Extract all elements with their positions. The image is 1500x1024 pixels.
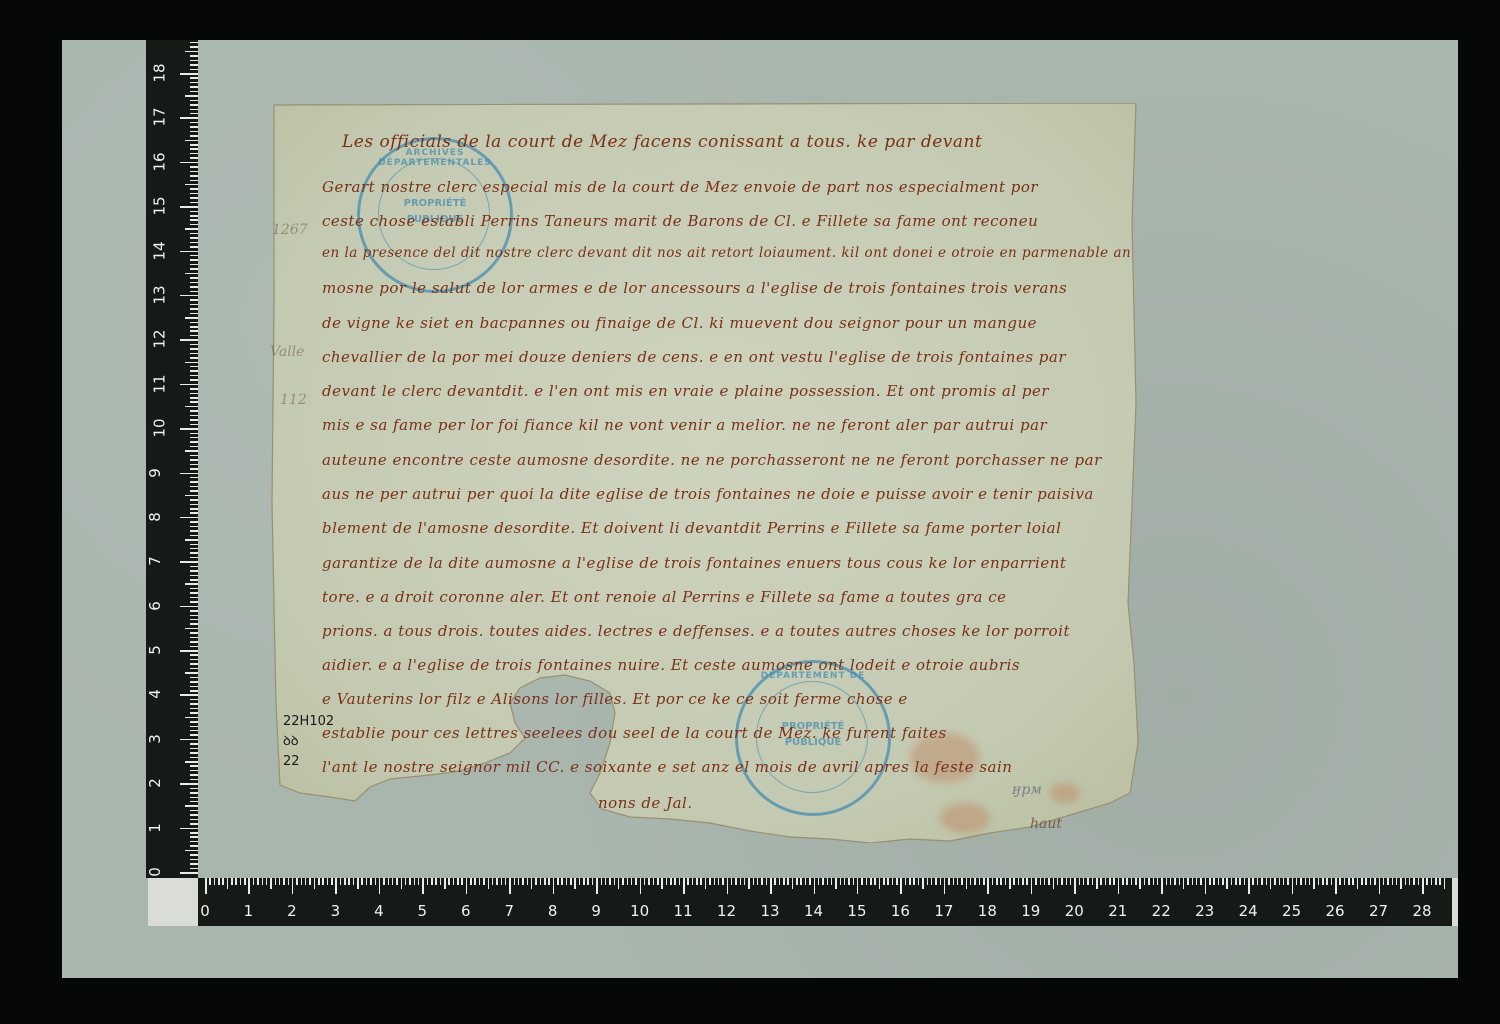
- stain: [940, 803, 990, 833]
- ruler-label: 3: [146, 734, 164, 744]
- ruler-label: 8: [548, 902, 558, 920]
- text-line: devant le clerc devantdit. e l'en ont mi…: [322, 382, 1049, 410]
- text-line: chevallier de la por mei douze deniers d…: [322, 348, 1066, 376]
- ruler-label: 27: [1369, 902, 1388, 920]
- ruler-label: 7: [504, 902, 514, 920]
- vertical-ruler: 0123456789101112131415161718: [146, 40, 198, 878]
- text-line: auteune encontre ceste aumosne desordite…: [322, 451, 1102, 479]
- ruler-label: 4: [146, 690, 164, 700]
- text-line: blement de l'amosne desordite. Et doiven…: [322, 519, 1061, 547]
- ruler-label: 13: [760, 902, 779, 920]
- pencil-note: ӈрм: [1012, 782, 1042, 798]
- pencil-note: haut: [1030, 816, 1062, 832]
- ruler-label: 2: [146, 778, 164, 788]
- text-line: Gerart nostre clerc especial mis de la c…: [322, 178, 1038, 206]
- ruler-label: 17: [934, 902, 953, 920]
- ruler-label: 5: [418, 902, 428, 920]
- ruler-label: 10: [630, 902, 649, 920]
- ruler-label: 23: [1195, 902, 1214, 920]
- stain: [1050, 783, 1080, 803]
- text-line: e Vauterins lor filz e Alisons lor fille…: [322, 690, 908, 718]
- margin-note-valle: Valle: [270, 344, 304, 360]
- ruler-label: 7: [146, 556, 164, 566]
- ruler-label: 6: [146, 601, 164, 611]
- ruler-label: 5: [146, 645, 164, 655]
- text-line: aidier. e a l'eglise de trois fontaines …: [322, 656, 1020, 684]
- ruler-label: 16: [891, 902, 910, 920]
- ruler-label: 11: [674, 902, 693, 920]
- ruler-label: 14: [804, 902, 823, 920]
- text-line: prions. a tous drois. toutes aides. lect…: [322, 622, 1070, 650]
- ruler-label: 25: [1282, 902, 1301, 920]
- archive-shelfmark: 22H102 ꝺꝺ 22: [283, 712, 334, 772]
- ruler-label: 28: [1412, 902, 1431, 920]
- text-line: Les officials de la court de Mez facens …: [342, 132, 982, 160]
- ruler-label: 11: [151, 374, 169, 393]
- margin-note-date: 1267: [272, 222, 308, 238]
- text-line: garantize de la dite aumosne a l'eglise …: [322, 554, 1066, 582]
- ruler-label: 0: [146, 867, 164, 877]
- ruler-label: 10: [151, 419, 169, 438]
- text-line: ceste chose establi Perrins Taneurs mari…: [322, 212, 1038, 240]
- horizontal-ruler: 0123456789101112131415161718192021222324…: [198, 878, 1454, 926]
- text-line: de vigne ke siet en bacpannes ou finaige…: [322, 314, 1037, 342]
- ruler-label: 1: [146, 823, 164, 833]
- ruler-label: 26: [1326, 902, 1345, 920]
- text-line: l'ant le nostre seignor mil CC. e soixan…: [322, 758, 1012, 786]
- ruler-label: 16: [151, 152, 169, 171]
- ruler-label: 0: [200, 902, 210, 920]
- ruler-label: 13: [151, 285, 169, 304]
- ruler-label: 2: [287, 902, 297, 920]
- text-line: tore. e a droit coronne aler. Et ont ren…: [322, 588, 1006, 616]
- text-line: nons de Jal.: [598, 794, 693, 822]
- ruler-label: 15: [847, 902, 866, 920]
- ruler-label: 24: [1239, 902, 1258, 920]
- ruler-label: 6: [461, 902, 471, 920]
- margin-note-number: 112: [280, 392, 307, 408]
- ruler-label: 17: [151, 108, 169, 127]
- ruler-label: 9: [146, 468, 164, 478]
- ruler-label: 22: [1152, 902, 1171, 920]
- text-line: mosne por le salut de lor armes e de lor…: [322, 279, 1067, 307]
- text-line: aus ne per autrui per quoi la dite eglis…: [322, 485, 1094, 513]
- ruler-label: 4: [374, 902, 384, 920]
- ruler-label: 14: [151, 241, 169, 260]
- ruler-label: 20: [1065, 902, 1084, 920]
- ruler-label: 3: [331, 902, 341, 920]
- ruler-label: 12: [151, 330, 169, 349]
- ruler-label: 9: [591, 902, 601, 920]
- text-line: establie pour ces lettres seelees dou se…: [322, 724, 947, 752]
- ruler-end-block: [1452, 878, 1458, 926]
- ruler-label: 12: [717, 902, 736, 920]
- ruler-label: 8: [146, 512, 164, 522]
- ruler-label: 18: [151, 63, 169, 82]
- ruler-label: 18: [978, 902, 997, 920]
- ruler-label: 15: [151, 197, 169, 216]
- ruler-label: 21: [1108, 902, 1127, 920]
- ruler-label: 19: [1021, 902, 1040, 920]
- text-line: mis e sa fame per lor foi fiance kil ne …: [322, 416, 1047, 444]
- ruler-label: 1: [244, 902, 254, 920]
- text-line: en la presence del dit nostre clerc deva…: [322, 245, 1131, 273]
- ruler-corner-block: [148, 878, 198, 926]
